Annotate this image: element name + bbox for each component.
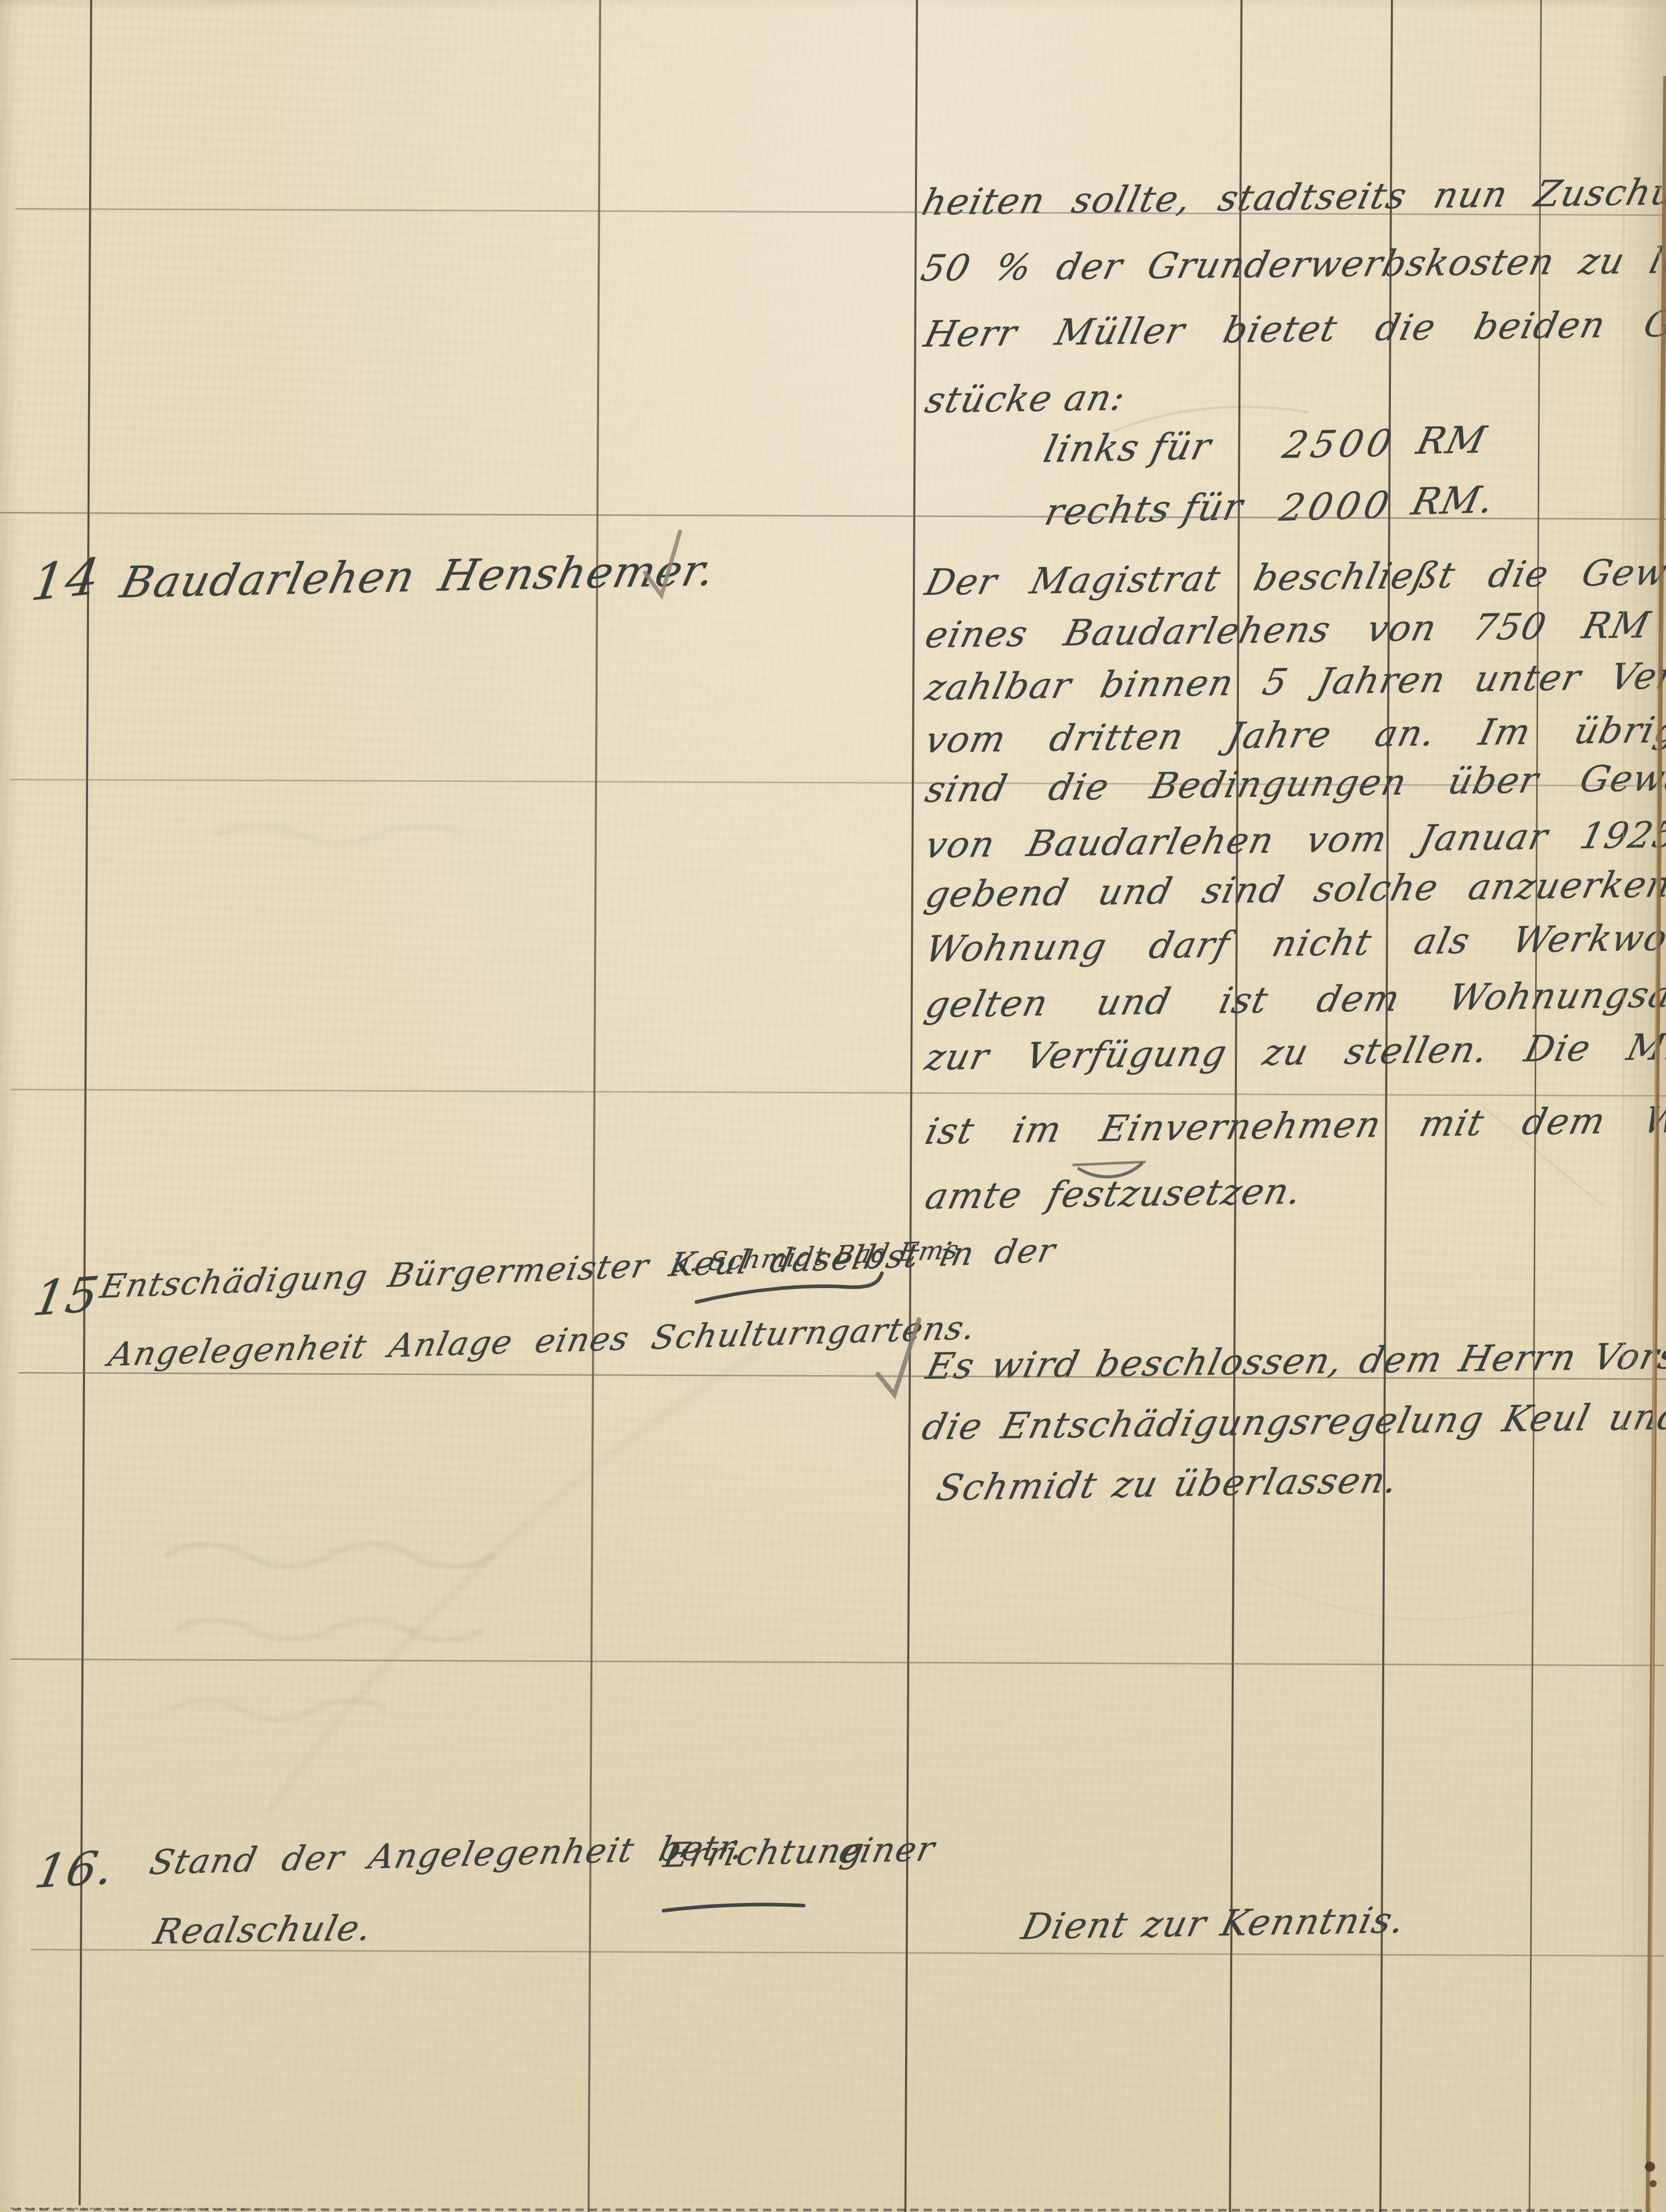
resolution-line: amte festzusetzen. <box>921 1170 1306 1218</box>
resolution-line: Wohnung darf nicht als Werkwohnung <box>921 915 1666 970</box>
margin-number: 16. <box>31 1841 120 1899</box>
continuation-line: Herr Müller bietet die beiden Grund- <box>920 301 1666 355</box>
einvernehmen-underline-line <box>1073 1162 1146 1165</box>
resolution-line: ist im Einvernehmen mit dem Wohnungs- <box>921 1096 1666 1153</box>
amount-row-currency: RM <box>1413 418 1491 462</box>
vertical-rule-2 <box>588 0 601 2212</box>
ledger-page: heiten sollte, stadtseits nun Zuschuß vo… <box>0 0 1666 2212</box>
resolution-line: Schmidt zu überlassen. <box>932 1459 1403 1509</box>
edge-ink-spot <box>1645 2162 1655 2172</box>
bottom-rule-dashed <box>13 2209 1651 2210</box>
resolution-line: vom dritten Jahre an. Im übrigen <box>921 708 1666 761</box>
amount-row-label: rechts für <box>1041 485 1248 534</box>
page-edge-brown-line <box>1648 76 1665 2212</box>
continuation-line: stücke an: <box>921 376 1130 421</box>
pencil-scratch <box>1252 1576 1535 1620</box>
edge-ink-spot <box>1650 2180 1657 2187</box>
amount-row-value: 2000 <box>1276 483 1397 529</box>
resolution-line: gebend und sind solche anzuerkennen. Die <box>921 861 1666 916</box>
resolution-line: gelten und ist dem Wohnungsamt <box>921 972 1666 1026</box>
resolution-line: eines Baudarlehens von 750 RM rück- <box>921 602 1666 656</box>
item-subject-pre: Stand der Angelegenheit betr. <box>146 1827 749 1882</box>
resolution-line: die Entschädigungsregelung Keul und <box>918 1395 1666 1448</box>
vertical-rule-3 <box>905 0 918 2212</box>
item-subject-post: einer <box>835 1829 939 1871</box>
errichtung-underline <box>664 1905 804 1911</box>
ghost-writing-stroke <box>165 1544 495 1567</box>
margin-number: 15 <box>29 1267 104 1327</box>
resolution-line: von Baudarlehen vom Januar 1925 maß- <box>921 812 1666 866</box>
margin-number: 14 <box>28 547 104 613</box>
horizontal-rule-6 <box>10 1658 1664 1666</box>
continuation-line: 50 % der Grunderwerbskosten zu leisten. <box>917 238 1666 289</box>
resolution-line: zur Verfügung zu stellen. Die Miete <box>921 1025 1666 1078</box>
ghost-writing-stroke <box>216 826 464 844</box>
bottom-rule-dotted-left <box>10 2208 299 2209</box>
resolution-line: zahlbar binnen 5 Jahren unter Verzinsung <box>921 653 1666 709</box>
resolution-line: Der Magistrat beschließt die Gewährung <box>921 549 1666 604</box>
resolution-line: Dient zur Kenntnis. <box>1017 1899 1409 1948</box>
page-fold-streak <box>1634 309 1636 2212</box>
page-edge-highlight-line <box>1651 165 1660 2212</box>
item-subject-line2: Angelegenheit Anlage eines Schulturngart… <box>105 1309 980 1374</box>
amount-row-currency: RM. <box>1408 478 1499 523</box>
amount-row-label: links für <box>1040 424 1216 471</box>
ghost-writing-stroke <box>175 1620 484 1640</box>
item-subject-line2: Realschule. <box>150 1908 377 1952</box>
page-fold-streak <box>1623 155 1624 2212</box>
item-subject: Baudarlehen Henshemer. <box>116 545 721 608</box>
horizontal-rule-7 <box>31 1949 1664 1957</box>
amount-row-value: 2500 <box>1279 421 1400 467</box>
ghost-writing-stroke <box>170 1700 386 1720</box>
horizontal-rule-4 <box>10 1089 1666 1096</box>
ghost-arc-impression <box>268 1349 762 1813</box>
